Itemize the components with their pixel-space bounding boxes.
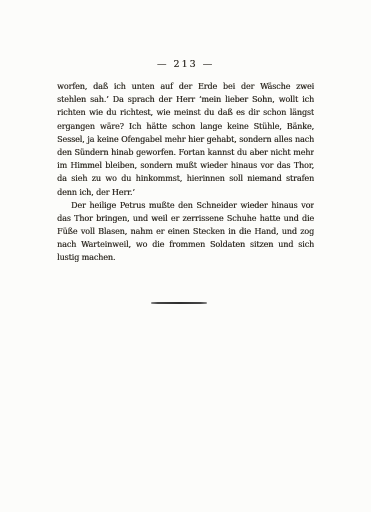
text-line: ergangen wäre? Ich hätte schon lange kei… [57,120,314,133]
text-line: da sieh zu wo du hinkommst, hierinnen so… [57,172,314,185]
text-line: worfen, daß ich unten auf der Erde bei d… [57,80,314,93]
text-line: im Himmel bleiben, sondern mußt wieder h… [57,159,314,172]
page-number-header: — 213 — [0,59,371,71]
text-line: richten wie du richtest, wie meinst du d… [57,106,314,119]
text-line: denn ich, der Herr.’ [57,186,314,199]
text-line: das Thor bringen, und weil er zerrissene… [57,212,314,225]
text-line: Füße voll Blasen, nahm er einen Stecken … [57,225,314,238]
text-line: lustig machen. [57,251,314,264]
text-line: nach Warteinweil, wo die frommen Soldate… [57,238,314,251]
paragraph-2: Der heilige Petrus mußte den Schneider w… [57,199,314,265]
section-divider-rule [151,302,207,304]
paragraph-1: worfen, daß ich unten auf der Erde bei d… [57,80,314,199]
text-line: Der heilige Petrus mußte den Schneider w… [57,199,314,212]
text-line: stehlen sah.’ Da sprach der Herr ‘mein l… [57,93,314,106]
text-block: worfen, daß ich unten auf der Erde bei d… [57,80,314,265]
text-line: den Sündern hinab geworfen. Fortan kanns… [57,146,314,159]
text-line: Sessel, ja keine Ofengabel mehr hier geh… [57,133,314,146]
book-page: — 213 — worfen, daß ich unten auf der Er… [0,0,371,512]
